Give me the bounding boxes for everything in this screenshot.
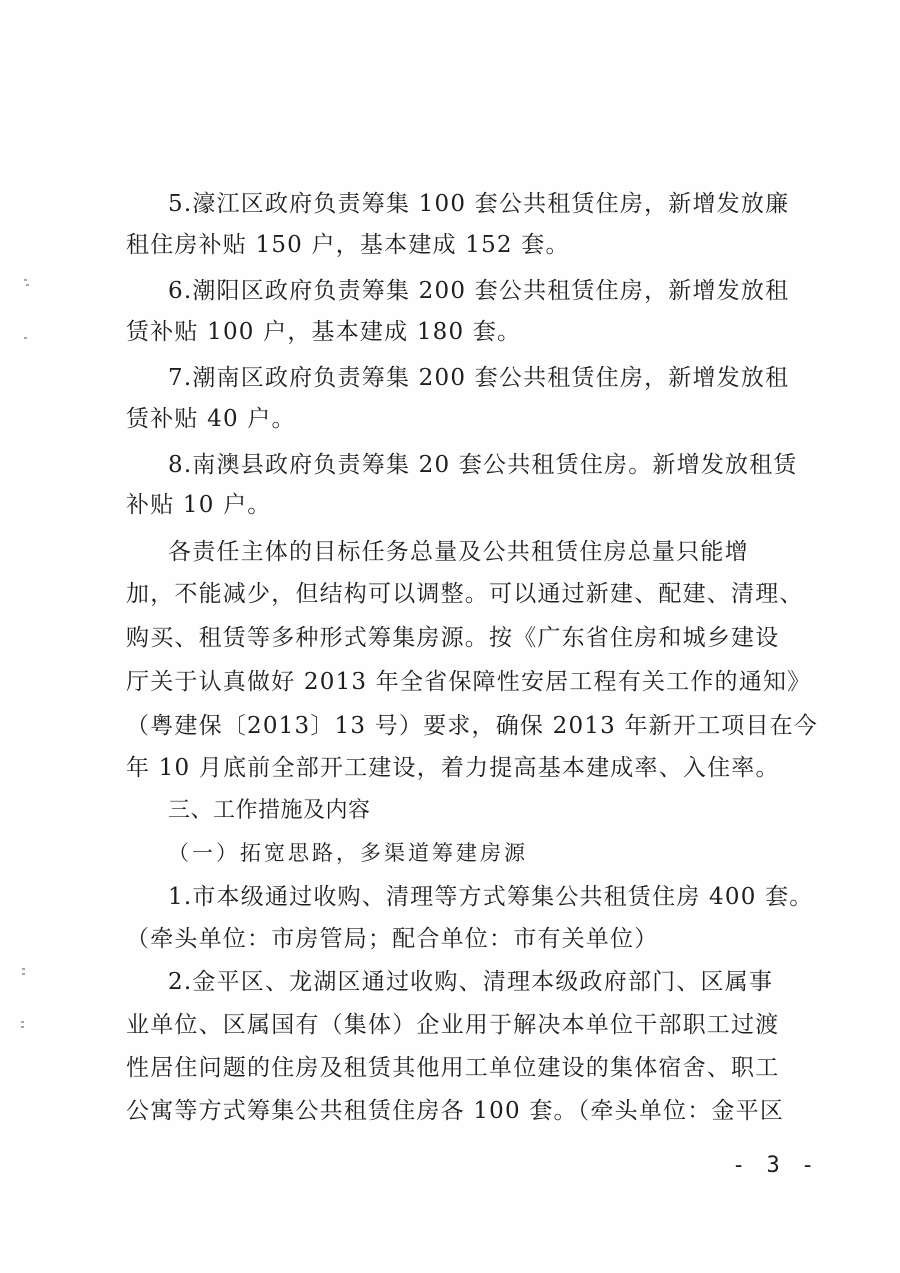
paragraph-responsibility-line-5: （粤建保〔2013〕13 号）要求，确保 2013 年新开工项目在今 (126, 712, 776, 740)
document-page: 5.濠江区政府负责筹集 100 套公共租赁住房，新增发放廉 租住房补贴 150 … (0, 0, 900, 1273)
binding-mark (22, 973, 25, 975)
binding-mark (24, 279, 27, 281)
paragraph-responsibility-line-6: 年 10 月底前全部开工建设，着力提高基本建成率、入住率。 (126, 754, 776, 782)
paragraph-measure-2-line-2: 业单位、区属国有（集体）企业用于解决本单位干部职工过渡 (126, 1011, 776, 1039)
paragraph-item-5-line-2: 租住房补贴 150 户，基本建成 152 套。 (126, 231, 776, 259)
paragraph-measure-2-line-1: 2.金平区、龙湖区通过收购、清理本级政府部门、区属事 (168, 968, 818, 996)
paragraph-responsibility-line-4: 厅关于认真做好 2013 年全省保障性安居工程有关工作的通知》 (126, 668, 776, 696)
section-heading-3: 三、工作措施及内容 (168, 797, 818, 825)
binding-mark (21, 1021, 24, 1023)
paragraph-item-8-line-1: 8.南澳县政府负责筹集 20 套公共租赁住房。新增发放租赁 (168, 451, 818, 479)
paragraph-responsibility-line-1: 各责任主体的目标任务总量及公共租赁住房总量只能增 (168, 538, 818, 566)
paragraph-item-6-line-2: 赁补贴 100 户，基本建成 180 套。 (126, 318, 776, 346)
binding-mark (26, 284, 29, 286)
paragraph-measure-1-line-1: 1.市本级通过收购、清理等方式筹集公共租赁住房 400 套。 (168, 883, 818, 911)
binding-mark (24, 337, 27, 339)
paragraph-measure-2-line-3: 性居住问题的住房及租赁其他用工单位建设的集体宿舍、职工 (126, 1054, 776, 1082)
binding-mark (21, 1026, 24, 1028)
paragraph-responsibility-line-2: 加，不能减少，但结构可以调整。可以通过新建、配建、清理、 (126, 580, 776, 608)
binding-mark (22, 968, 25, 970)
subsection-heading-1: （一）拓宽思路，多渠道筹建房源 (168, 839, 818, 867)
paragraph-item-7-line-1: 7.潮南区政府负责筹集 200 套公共租赁住房，新增发放租 (168, 364, 818, 392)
paragraph-item-7-line-2: 赁补贴 40 户。 (126, 405, 776, 433)
paragraph-item-6-line-1: 6.潮阳区政府负责筹集 200 套公共租赁住房，新增发放租 (168, 277, 818, 305)
paragraph-measure-1-line-2: （牵头单位：市房管局；配合单位：市有关单位） (126, 925, 776, 953)
paragraph-item-5-line-1: 5.濠江区政府负责筹集 100 套公共租赁住房，新增发放廉 (168, 190, 818, 218)
paragraph-item-8-line-2: 补贴 10 户。 (126, 491, 776, 519)
page-number: - 3 - (732, 1153, 818, 1179)
paragraph-responsibility-line-3: 购买、租赁等多种形式筹集房源。按《广东省住房和城乡建设 (126, 624, 776, 652)
paragraph-measure-2-line-4: 公寓等方式筹集公共租赁住房各 100 套。（牵头单位：金平区 (126, 1097, 776, 1125)
